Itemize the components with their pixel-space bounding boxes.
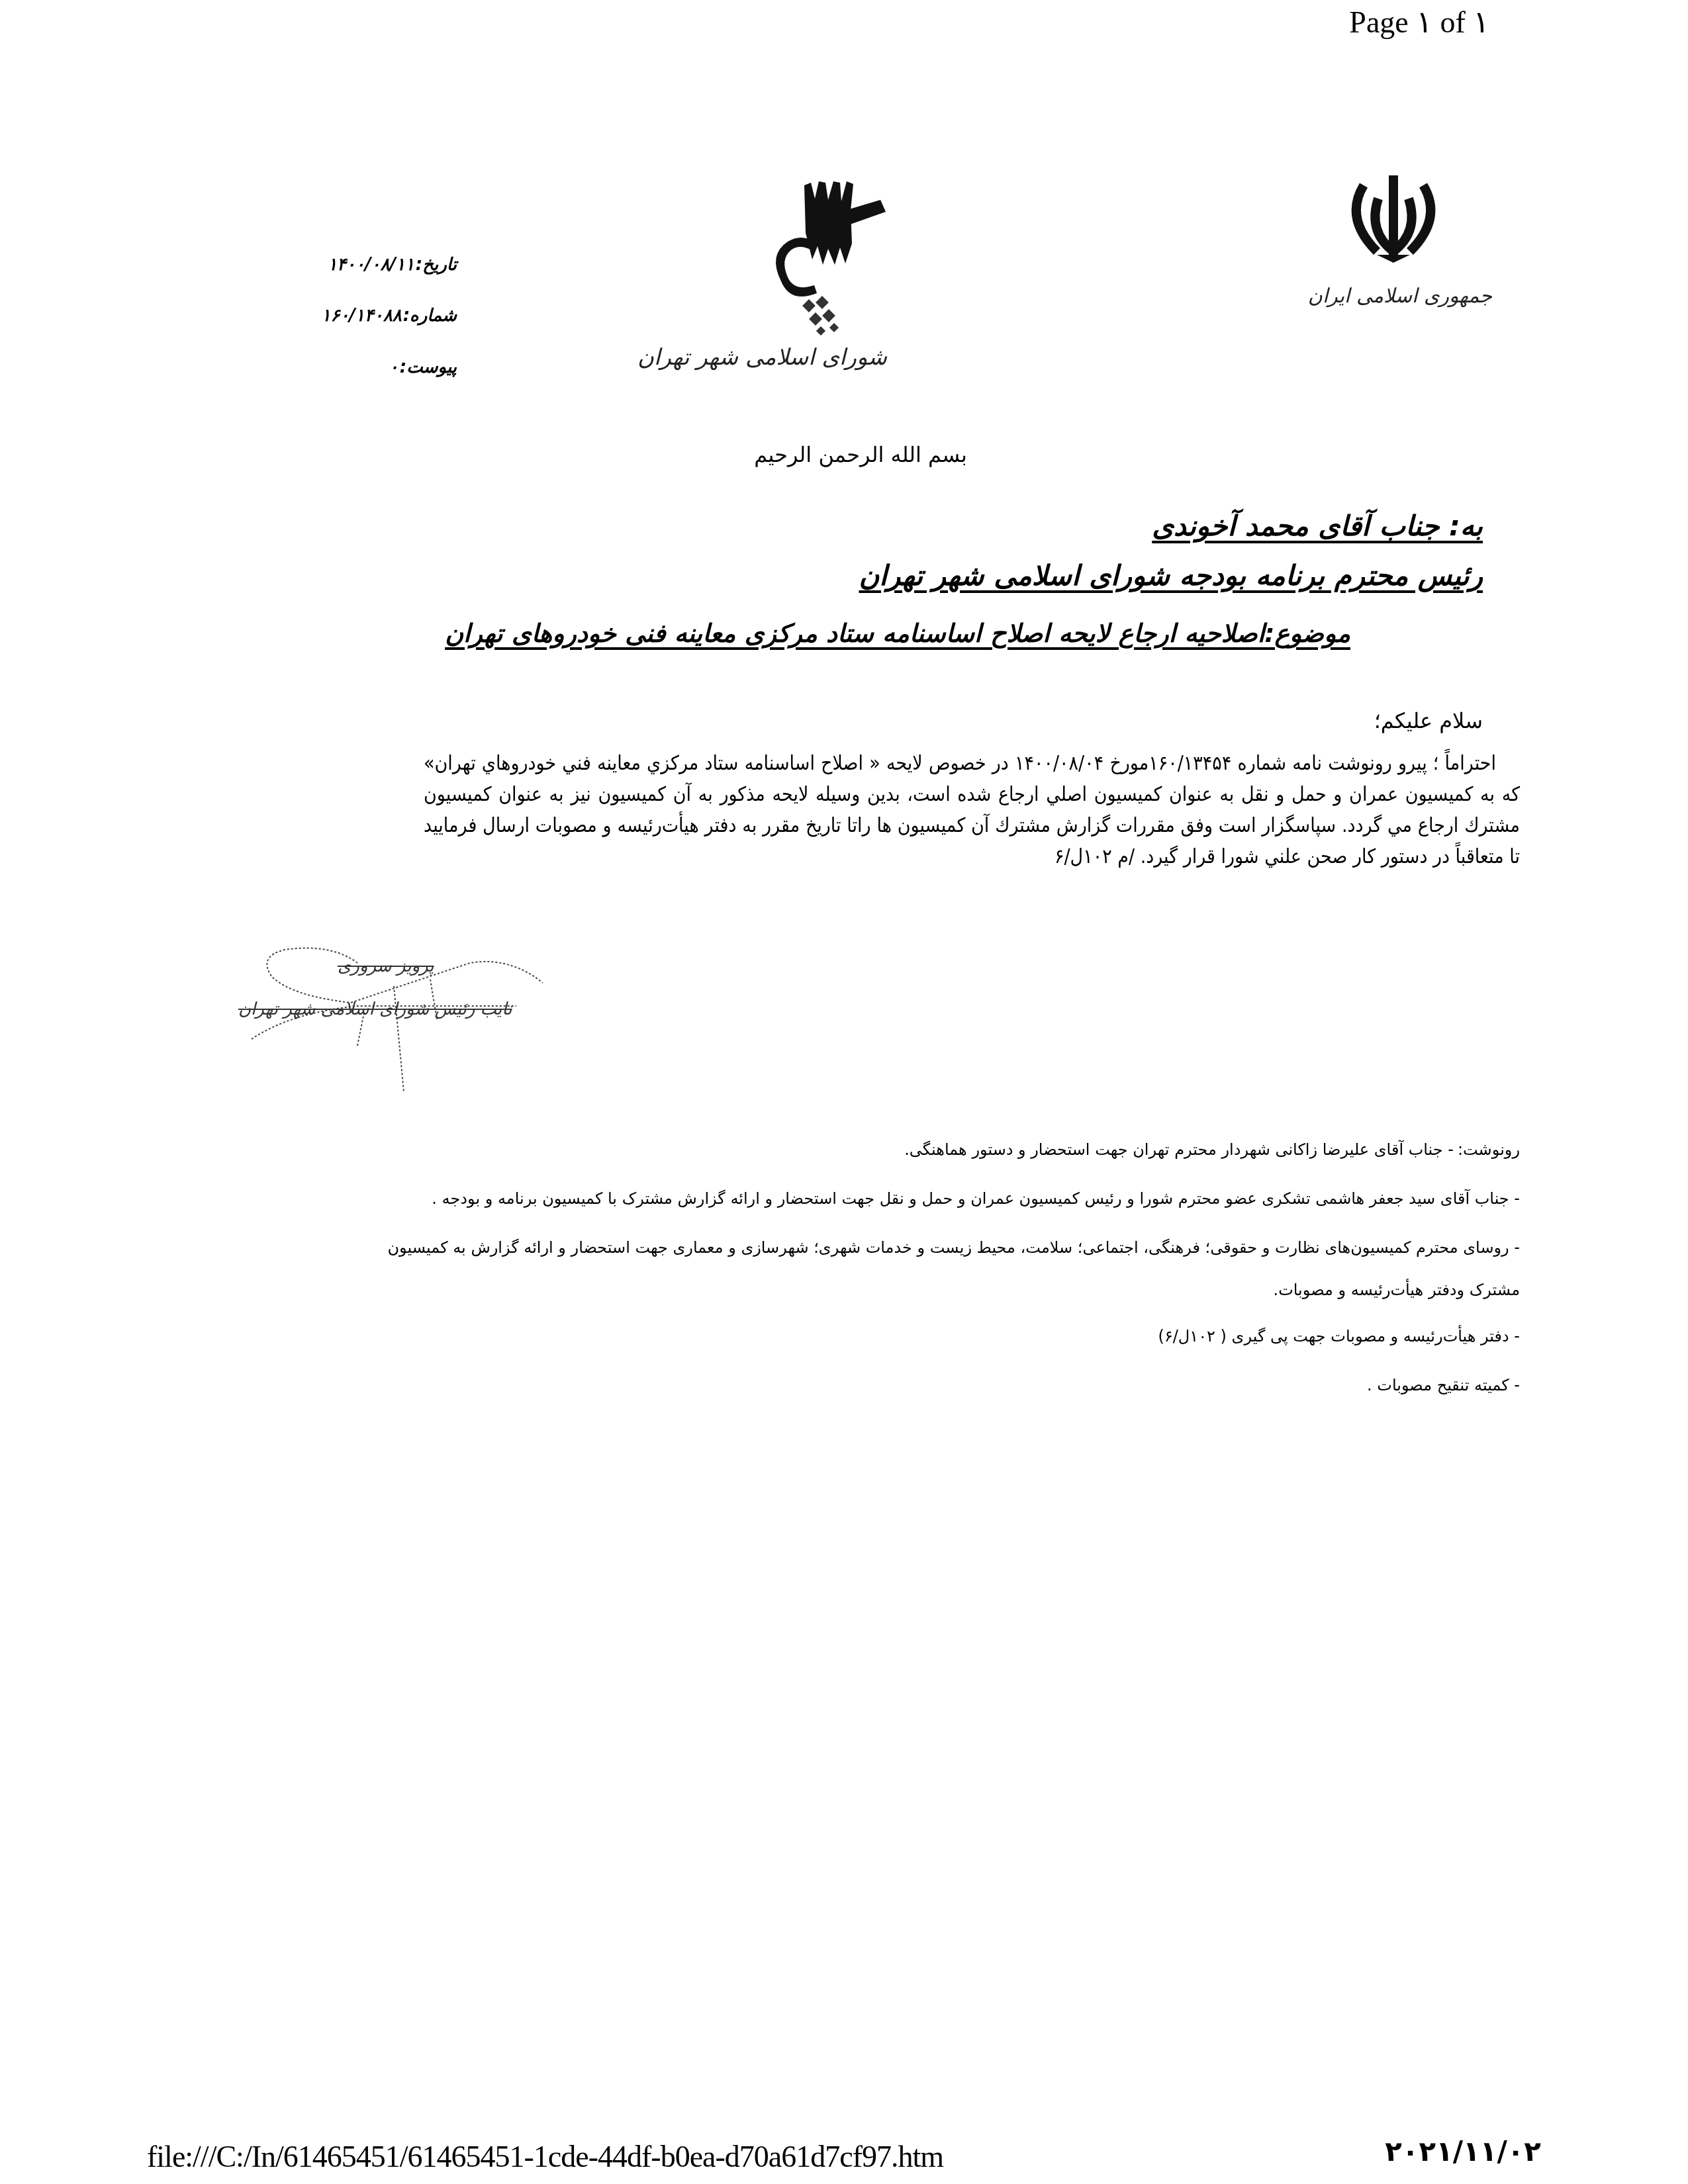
- cc-item: - دفتر هیأت‌رئیسه و مصوبات جهت پی گیری (…: [252, 1327, 1520, 1345]
- number-value: ۱۶۰/۱۴۰۸۸: [321, 306, 401, 326]
- iran-emblem-icon: [1337, 172, 1450, 271]
- attachment-label: پیوست:: [400, 357, 457, 377]
- letter-body: احتراماً ؛ پیرو رونوشت نامه شماره ۱۶۰/۱۳…: [424, 748, 1520, 872]
- letter-date: تاریخ:۱۴۰۰/۰۸/۱۱: [285, 255, 457, 275]
- salutation: سلام علیکم؛: [1374, 708, 1483, 733]
- iran-emblem-logo: [1337, 172, 1450, 271]
- cc-label: رونوشت:: [1458, 1140, 1520, 1159]
- cc-item-continuation: مشترک ودفتر هیأت‌رئیسه و مصوبات.: [252, 1281, 1520, 1299]
- cc-item: - روسای محترم کمیسیون‌های نظارت و حقوقی؛…: [252, 1238, 1520, 1257]
- number-label: شماره:: [403, 306, 457, 326]
- signatory-name: پرویز سروری: [338, 956, 434, 976]
- recipient-title: رئیس محترم برنامه بودجه شورای اسلامی شهر…: [859, 559, 1483, 592]
- date-label: تاریخ:: [416, 255, 457, 275]
- print-date-footer: ۲۰۲۱/۱۱/۰۲: [1385, 2135, 1541, 2167]
- cc-item: - جناب آقای سید جعفر هاشمی تشکری عضو محت…: [252, 1189, 1520, 1208]
- signature-block: پرویز سروری نایب رئیس شورای اسلامی شهر ت…: [225, 927, 543, 1092]
- cc-item: رونوشت:- جناب آقای علیرضا زاکانی شهردار …: [252, 1140, 1520, 1159]
- council-logo-caption: شورای اسلامی شهر تهران: [715, 344, 887, 371]
- attachment-value: ۰: [389, 357, 399, 377]
- cc-item-text: - جناب آقای علیرضا زاکانی شهردار محترم ت…: [904, 1140, 1454, 1159]
- letter-subject: موضوع:اصلاحیه ارجاع لایحه اصلاح اساسنامه…: [445, 619, 1350, 648]
- body-paragraph: احتراماً ؛ پیرو رونوشت نامه شماره ۱۶۰/۱۳…: [424, 748, 1520, 872]
- file-path-footer: file:///C:/In/61465451/61465451-1cde-44d…: [147, 2139, 943, 2174]
- recipient-name: به: جناب آقای محمد آخوندی: [1152, 510, 1483, 542]
- bismillah-heading: بسم الله الرحمن الرحیم: [728, 442, 993, 467]
- letter-attachment: پیوست:۰: [285, 357, 457, 377]
- date-value: ۱۴۰۰/۰۸/۱۱: [328, 255, 414, 275]
- signatory-title: نایب رئیس شورای اسلامی شهر تهران: [238, 999, 512, 1019]
- emblem-caption: جمهوری اسلامی ایران: [1291, 285, 1509, 308]
- letter-number: شماره:۱۶۰/۱۴۰۸۸: [285, 306, 457, 326]
- cc-item: - کمیته تنقیح مصوبات .: [252, 1376, 1520, 1394]
- page-number-label: Page ۱ of ۱: [1349, 4, 1489, 40]
